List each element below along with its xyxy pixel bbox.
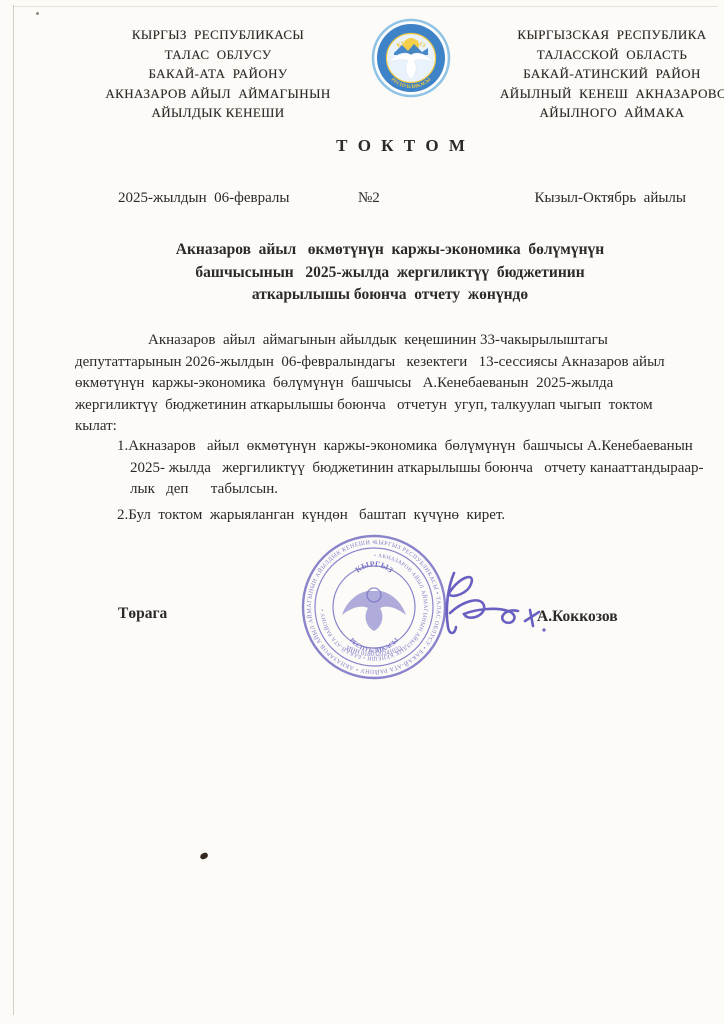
letterhead-line: ТАЛАССКОЙ ОБЛАСТЬ — [500, 45, 724, 65]
document-title: Т О К Т О М — [90, 136, 714, 156]
signatory-name: А.Коккозов — [537, 608, 618, 626]
body-line: кылат: — [75, 416, 675, 438]
decree-subject: Акназаров айыл өкмөтүнүн каржы-экономика… — [100, 239, 680, 307]
letterhead-russian: КЫРГЫЗСКАЯ РЕСПУБЛИКА ТАЛАССКОЙ ОБЛАСТЬ … — [500, 25, 724, 123]
letterhead-line: КЫРГЫЗ РЕСПУБЛИКАСЫ — [60, 25, 376, 45]
scan-edge-line-vertical — [13, 5, 14, 1015]
body-line: депутаттарынын 2026-жылдын 06-февралында… — [75, 352, 675, 374]
body-line: өкмөтүнүн каржы-экономика бөлүмүнүн башч… — [75, 373, 675, 395]
body-line: жергиликтүү бюджетинин аткарылышы боюнча… — [75, 395, 675, 417]
ink-speck — [199, 852, 208, 860]
letterhead-line: АЙЫЛДЫК КЕНЕШИ — [60, 103, 376, 123]
subject-line: аткарылышы боюнча отчету жөнүндө — [100, 284, 680, 307]
letterhead-line: АЙЫЛНОГО АЙМАКА — [500, 103, 724, 123]
stamp-center-top-text: КЫРГЫЗ — [353, 559, 394, 574]
svg-text:КЫРГЫЗ: КЫРГЫЗ — [353, 559, 394, 574]
letterhead-line: АЙЫЛНЫЙ КЕНЕШ АКНАЗАРОВСКОГО — [500, 84, 724, 104]
letterhead-line: БАКАЙ-АТА РАЙОНУ — [60, 64, 376, 84]
scanned-decree-page: КЫРГЫЗ РЕСПУБЛИКАСЫ ТАЛАС ОБЛУСУ БАКАЙ-А… — [0, 0, 724, 1024]
decree-date: 2025-жылдын 06-февралы — [118, 190, 289, 207]
body-line: Акназаров айыл аймагынын айылдык кеңешин… — [75, 330, 675, 352]
letterhead-line: ТАЛАС ОБЛУСУ — [60, 45, 376, 65]
decree-number: №2 — [358, 190, 380, 207]
letterhead-line: АКНАЗАРОВ АЙЫЛ АЙМАГЫНЫН — [60, 84, 376, 104]
handwritten-signature — [424, 551, 556, 656]
decree-body-paragraph: Акназаров айыл аймагынын айылдык кеңешин… — [75, 330, 675, 438]
ink-speck-small — [36, 12, 39, 15]
decree-place: Кызыл-Октябрь айылы — [534, 190, 686, 207]
subject-line: башчысынын 2025-жылда жергиликтүү бюджет… — [100, 262, 680, 285]
kyrgyz-emblem-icon: КЫРГЫЗ РЕСПУБЛИКАСЫ — [371, 18, 451, 103]
decree-item-1: 1.Акназаров айыл өкмөтүнүн каржы-экономи… — [117, 436, 704, 501]
decree-item-2: 2.Бул токтом жарыяланган күндөн баштап к… — [117, 505, 505, 527]
letterhead-line: БАКАЙ-АТИНСКИЙ РАЙОН — [500, 64, 724, 84]
item-line: 2.Бул токтом жарыяланган күндөн баштап к… — [117, 505, 505, 527]
item-line: 2025- жылда жергиликтүү бюджетинин аткар… — [117, 458, 704, 480]
subject-line: Акназаров айыл өкмөтүнүн каржы-экономика… — [100, 239, 680, 262]
stamp-emblem-falcon — [342, 591, 406, 631]
item-line: лык деп табылсын. — [117, 479, 704, 501]
letterhead-line: КЫРГЫЗСКАЯ РЕСПУБЛИКА — [500, 25, 724, 45]
item-line: 1.Акназаров айыл өкмөтүнүн каржы-экономи… — [117, 436, 704, 458]
letterhead-kyrgyz: КЫРГЫЗ РЕСПУБЛИКАСЫ ТАЛАС ОБЛУСУ БАКАЙ-А… — [60, 25, 376, 123]
signatory-role: Төрага — [118, 605, 167, 623]
scan-edge-line-horizontal — [13, 6, 718, 7]
